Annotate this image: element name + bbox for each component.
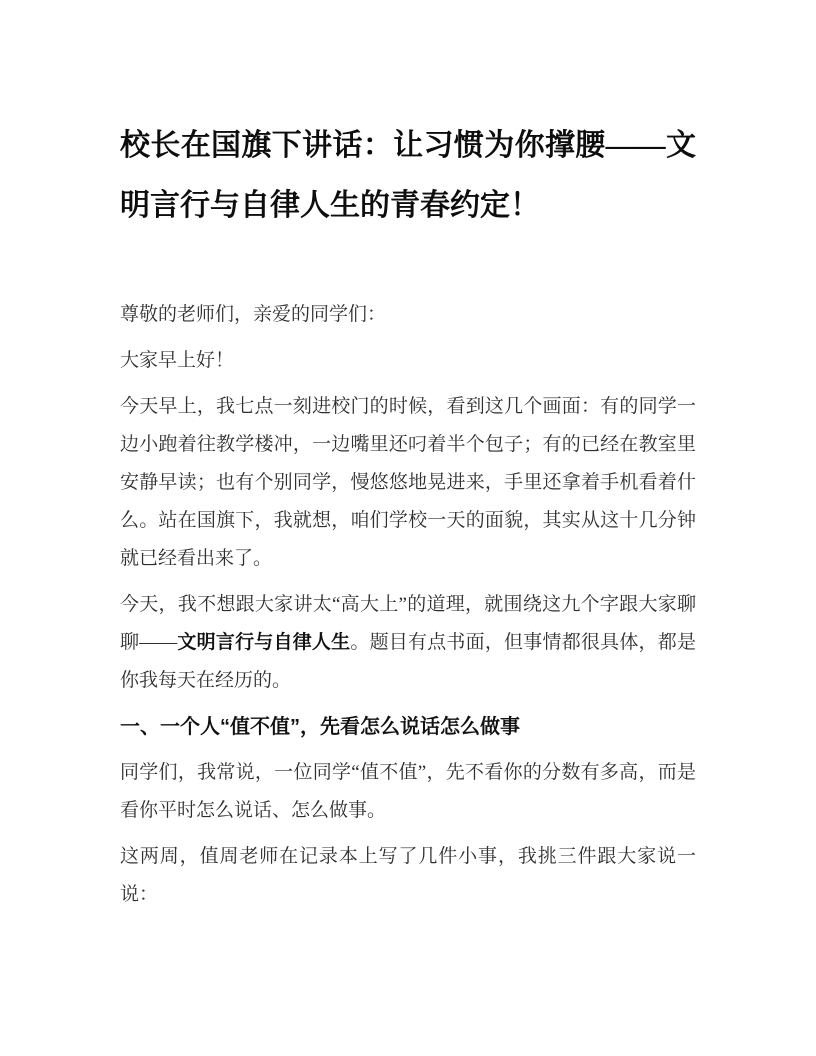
- paragraph-theme: 今天，我不想跟大家讲太“高大上”的道理，就围绕这九个字跟大家聊聊——文明言行与自…: [120, 586, 696, 700]
- theme-bold-phrase: 文明言行与自律人生: [177, 632, 350, 653]
- document-content: 校长在国旗下讲话：让习惯为你撑腰——文明言行与自律人生的青春约定！ 尊敬的老师们…: [0, 0, 816, 914]
- document-title: 校长在国旗下讲话：让习惯为你撑腰——文明言行与自律人生的青春约定！: [120, 116, 696, 236]
- paragraph-opening: 大家早上好！: [120, 342, 696, 380]
- paragraph-morning-scene: 今天早上，我七点一刻进校门的时候，看到这几个画面：有的同学一边小跑着往教学楼冲，…: [120, 388, 696, 578]
- paragraph-greeting: 尊敬的老师们，亲爱的同学们：: [120, 296, 696, 334]
- section-1-paragraph-2: 这两周，值周老师在记录本上写了几件小事，我挑三件跟大家说一说：: [120, 838, 696, 914]
- section-1-paragraph-1: 同学们，我常说，一位同学“值不值”，先不看你的分数有多高，而是看你平时怎么说话、…: [120, 754, 696, 830]
- section-1-heading: 一、一个人“值不值”，先看怎么说话怎么做事: [120, 708, 696, 746]
- document-page: 校长在国旗下讲话：让习惯为你撑腰——文明言行与自律人生的青春约定！ 尊敬的老师们…: [0, 0, 816, 1056]
